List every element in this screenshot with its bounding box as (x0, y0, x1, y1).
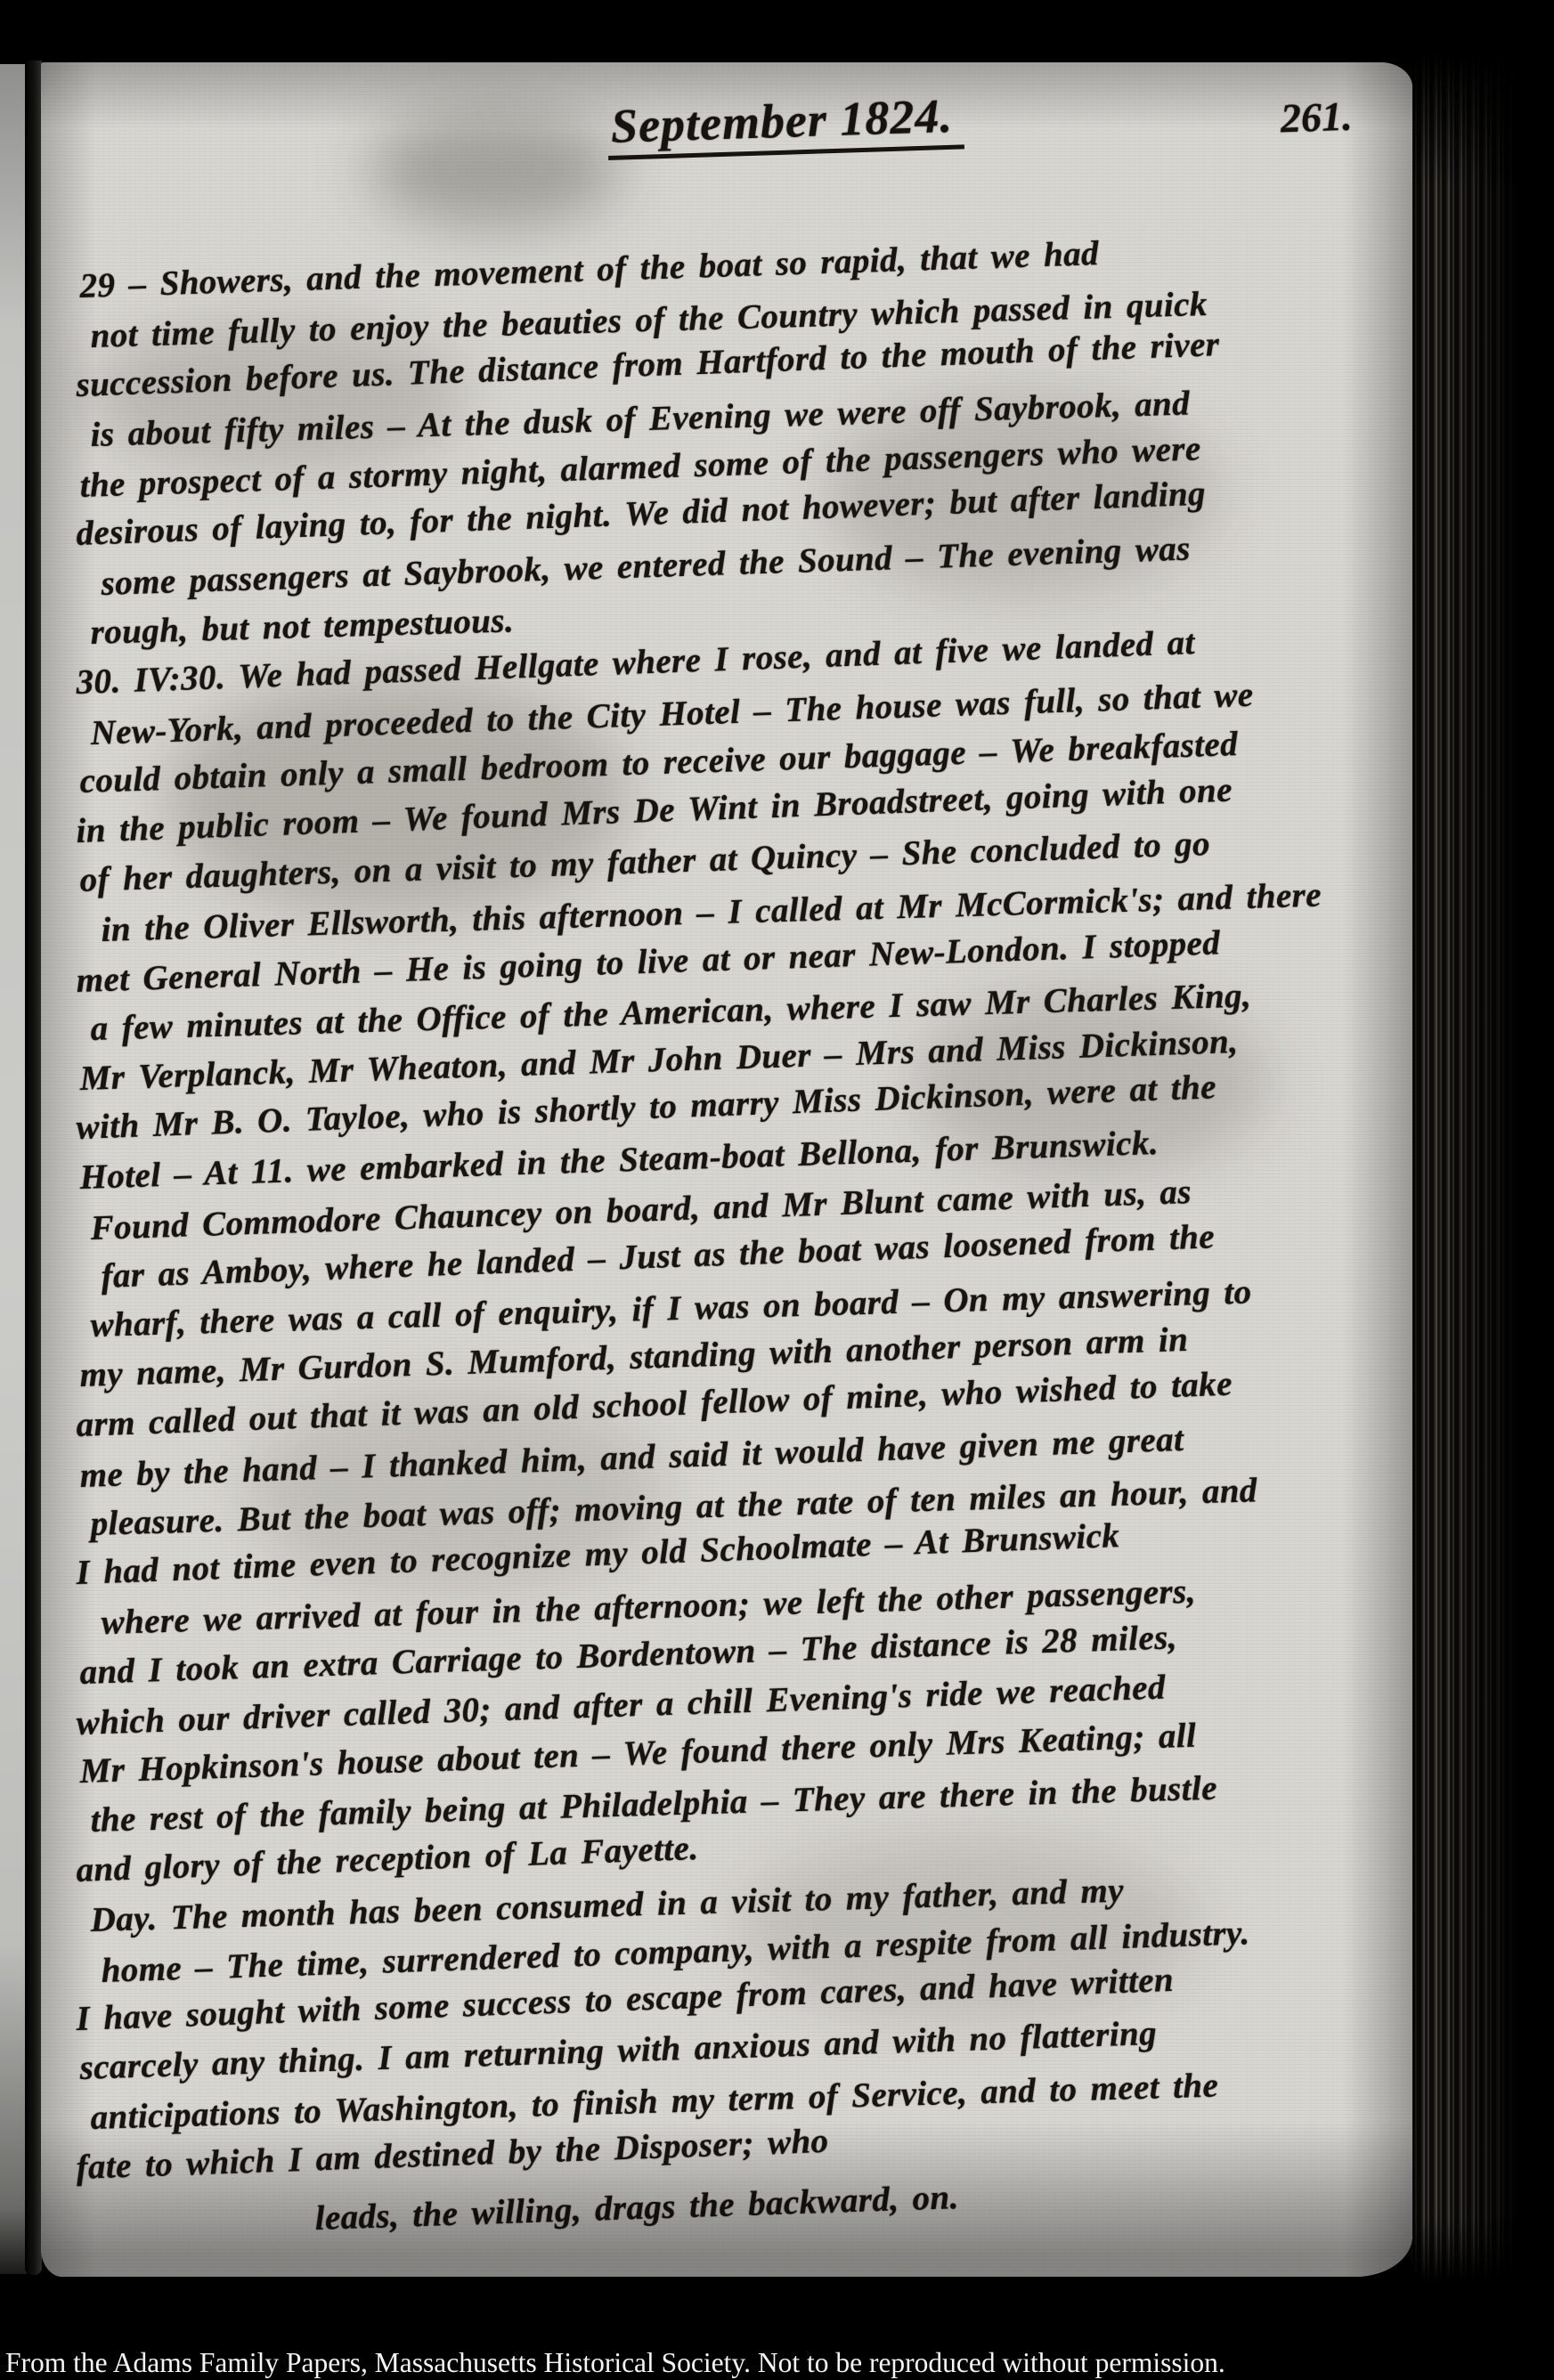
credit-line: From the Adams Family Papers, Massachuse… (5, 2346, 1225, 2379)
gutter-shadow-line (25, 61, 42, 2275)
page-number: 261. (1280, 92, 1353, 143)
facing-page-sliver (0, 64, 27, 2274)
scanned-diary-photograph: { "page": { "heading": "September 1824."… (0, 0, 1554, 2380)
diary-line-list: 29 – Showers, and the movement of the bo… (80, 262, 1380, 2242)
diary-page: September 1824. 261. 29 – Showers, and t… (41, 62, 1412, 2277)
book-fore-edge (1411, 52, 1517, 2282)
page-heading-text: September 1824. (606, 88, 964, 160)
ink-smudge (370, 111, 620, 227)
page-heading: September 1824. (606, 86, 964, 155)
